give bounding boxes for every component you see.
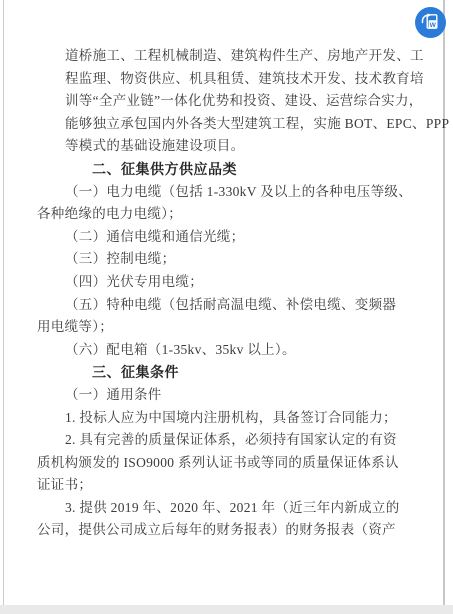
doc-line: （二）通信电缆和通信光缆； bbox=[65, 226, 429, 249]
doc-line: 3. 提供 2019 年、2020 年、2021 年（近三年内新成立的 bbox=[65, 497, 429, 520]
doc-line: 质机构颁发的 ISO9000 系列认证书或等同的质量保证体系认 bbox=[37, 452, 429, 475]
doc-line: （四）光伏专用电缆； bbox=[65, 271, 429, 294]
doc-line: 等模式的基础设施建设项目。 bbox=[65, 135, 429, 158]
doc-line: 训等“全产业链”一体化优势和投资、建设、运营综合实力， bbox=[65, 90, 429, 113]
document-body: 道桥施工、工程机械制造、建筑构件生产、房地产开发、工 程监理、物资供应、机具租赁… bbox=[37, 45, 429, 542]
doc-line: （一）电力电缆（包括 1-330kV 及以上的各种电压等级、 bbox=[65, 181, 429, 204]
doc-line: （五）特种电缆（包括耐高温电缆、补偿电缆、变频器 bbox=[65, 294, 429, 317]
page-gap bbox=[0, 605, 453, 614]
doc-line: 1. 投标人应为中国境内注册机构，具备签订合同能力； bbox=[65, 407, 429, 430]
document-page: 道桥施工、工程机械制造、建筑构件生产、房地产开发、工 程监理、物资供应、机具租赁… bbox=[3, 0, 445, 605]
section-heading: 二、征集供方供应品类 bbox=[92, 158, 429, 181]
doc-line: （一）通用条件 bbox=[65, 384, 429, 407]
section-heading: 三、征集条件 bbox=[92, 361, 429, 384]
word-letter: W bbox=[430, 22, 437, 29]
doc-line: 证证书； bbox=[37, 474, 429, 497]
export-word-button[interactable]: W bbox=[415, 7, 446, 38]
doc-line: 2. 具有完善的质量保证体系，必须持有国家认定的有资 bbox=[65, 429, 429, 452]
doc-line: 道桥施工、工程机械制造、建筑构件生产、房地产开发、工 bbox=[65, 45, 429, 68]
doc-line: （六）配电箱（1-35kv、35kv 以上）。 bbox=[65, 339, 429, 362]
doc-line: 能够独立承包国内外各类大型建筑工程，实施 BOT、EPC、PPP bbox=[65, 113, 429, 136]
doc-line: 程监理、物资供应、机具租赁、建筑技术开发、技术教育培 bbox=[65, 68, 429, 91]
doc-line: 公司，提供公司成立后每年的财务报表）的财务报表（资产 bbox=[37, 519, 429, 542]
doc-line: 用电缆等）； bbox=[37, 316, 429, 339]
word-doc-icon: W bbox=[415, 7, 446, 38]
doc-line: （三）控制电缆； bbox=[65, 248, 429, 271]
doc-line: 各种绝缘的电力电缆）； bbox=[37, 203, 429, 226]
